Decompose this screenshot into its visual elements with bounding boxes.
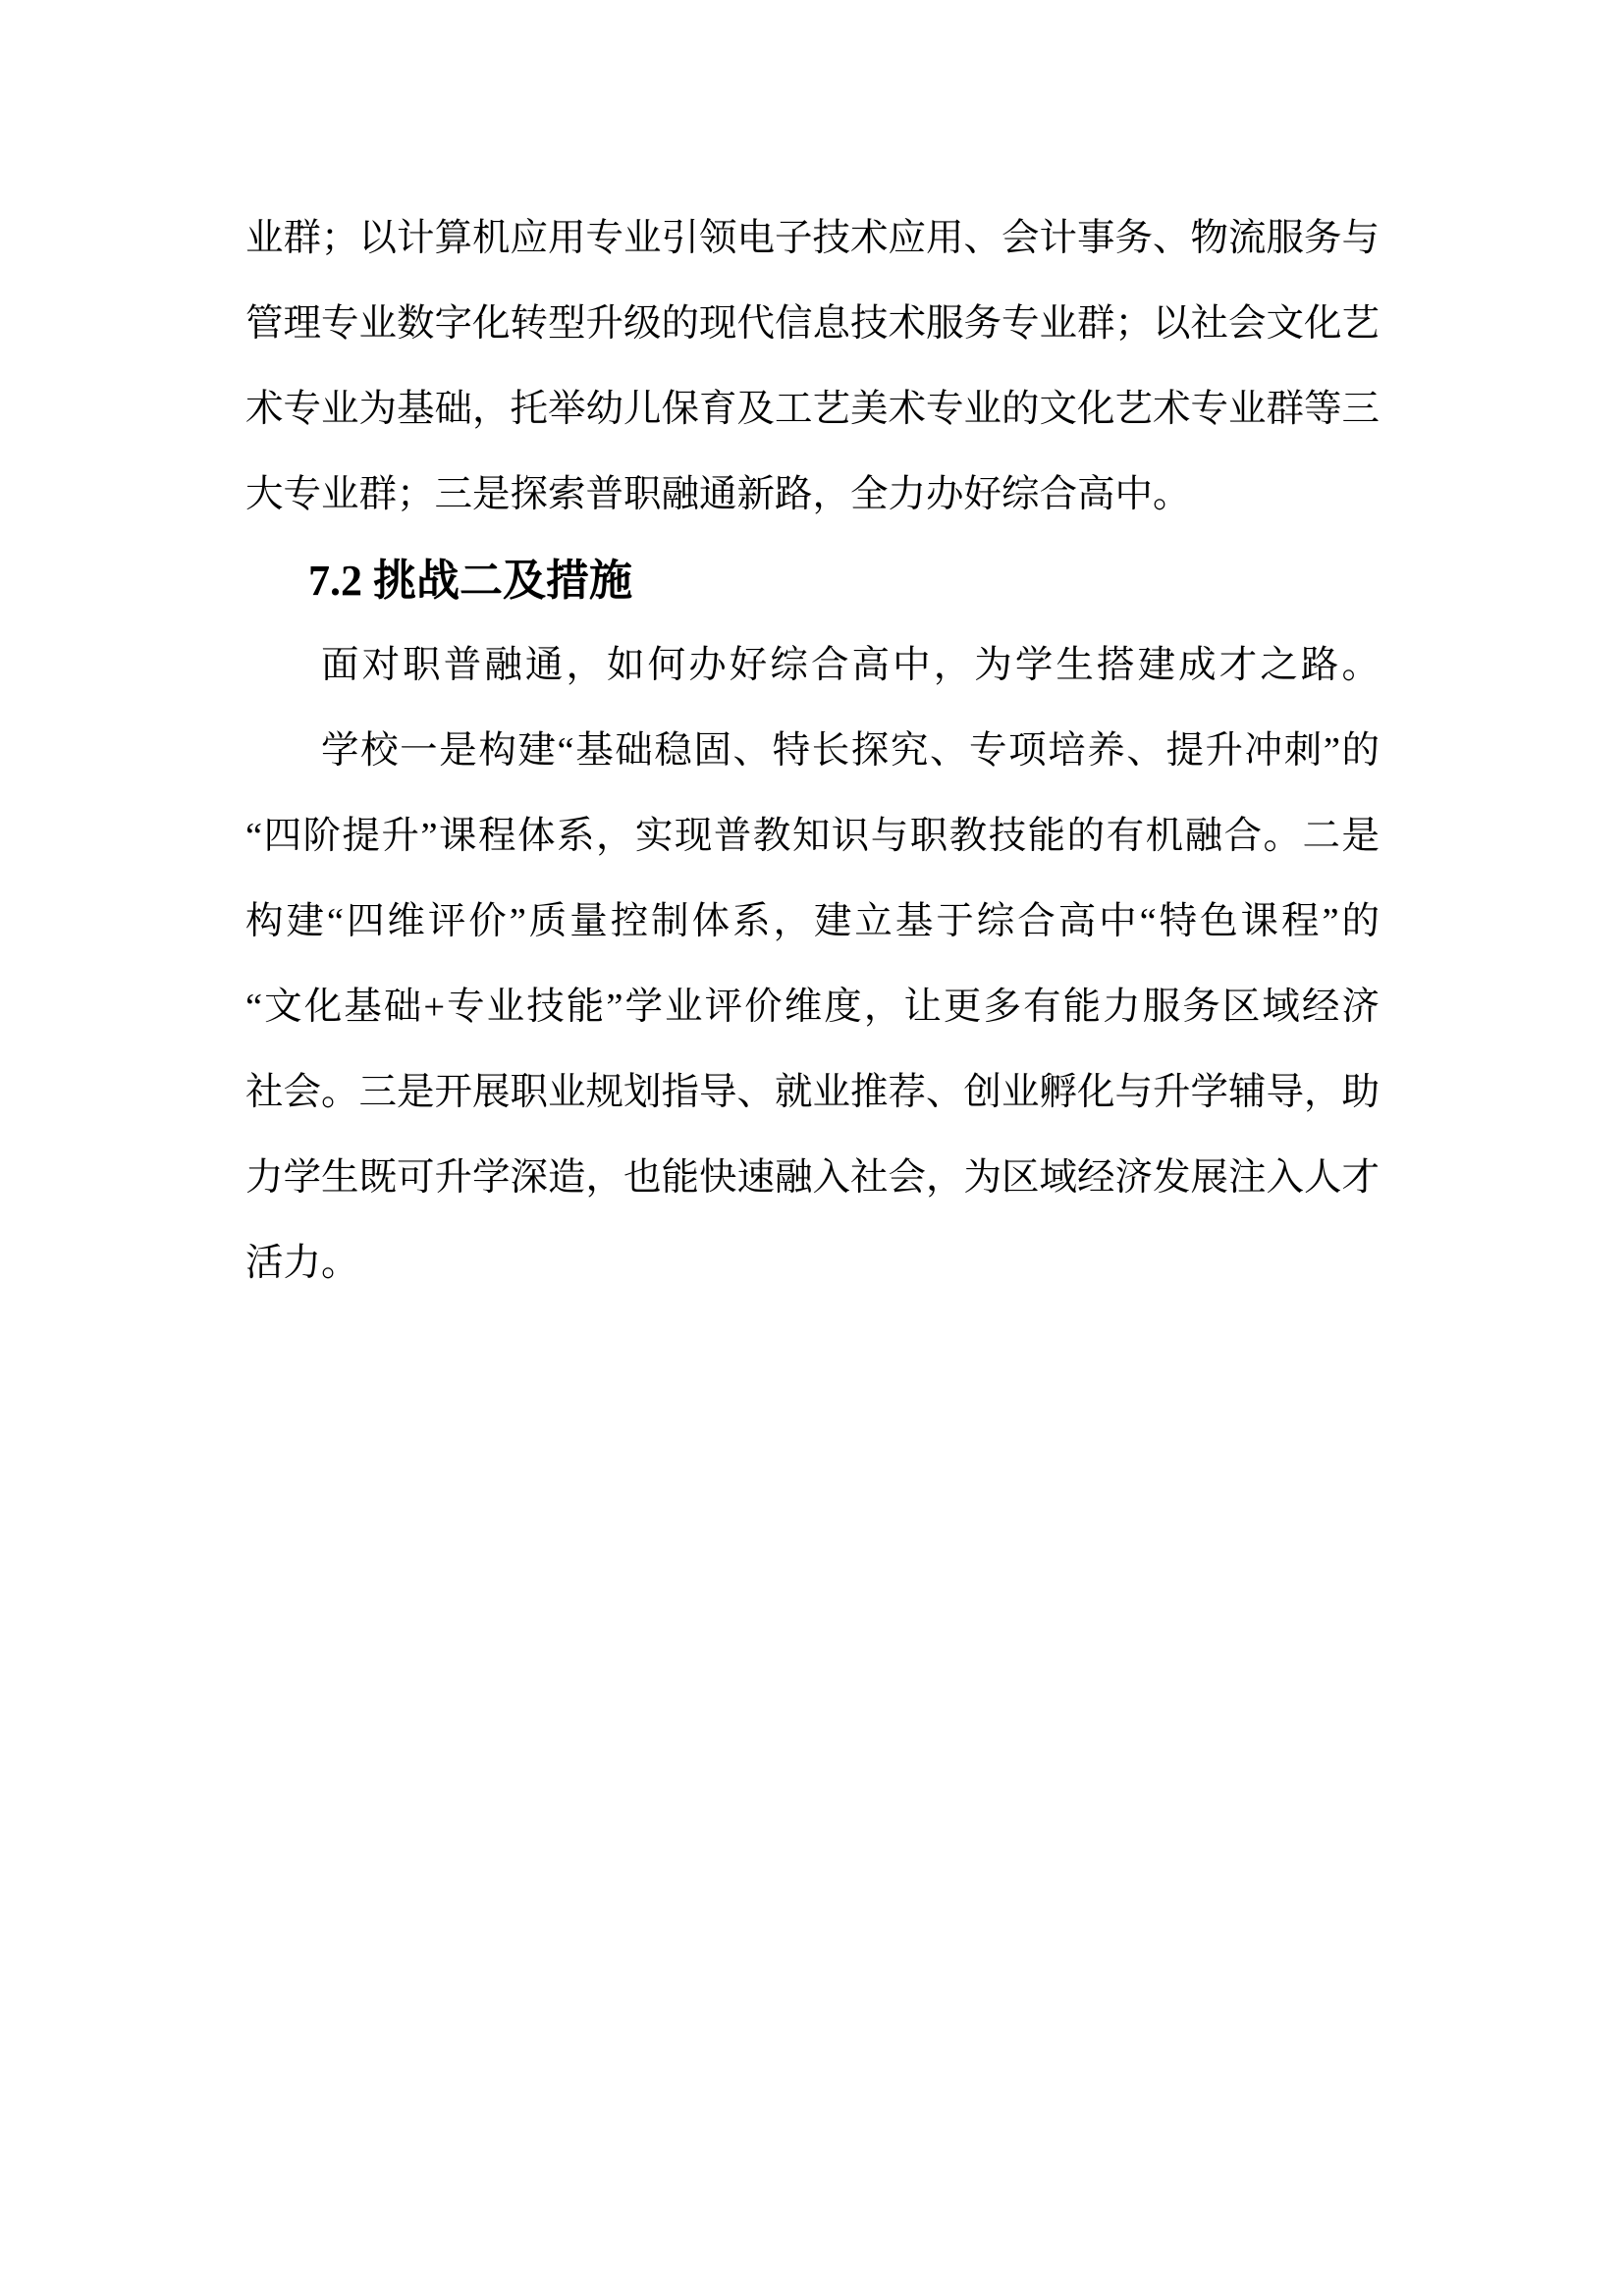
body-line: 面对职普融通，如何办好综合高中，为学生搭建成才之路。 [245,623,1380,709]
body-line: 大专业群；三是探索普职融通新路，全力办好综合高中。 [245,453,1380,538]
body-line: 活力。 [245,1221,1380,1307]
body-line: 业群；以计算机应用专业引领电子技术应用、会计事务、物流服务与 [245,196,1380,282]
body-line: “文化基础+专业技能”学业评价维度，让更多有能力服务区域经济 [245,965,1380,1050]
body-line: 社会。三是开展职业规划指导、就业推荐、创业孵化与升学辅导，助 [245,1050,1380,1136]
body-line: 学校一是构建“基础稳固、特长探究、专项培养、提升冲刺”的 [245,709,1380,794]
section-heading: 7.2 挑战二及措施 [245,538,1380,623]
body-line: 构建“四维评价”质量控制体系，建立基于综合高中“特色课程”的 [245,880,1380,965]
document-page: 业群；以计算机应用专业引领电子技术应用、会计事务、物流服务与 管理专业数字化转型… [0,0,1624,2296]
body-line: 管理专业数字化转型升级的现代信息技术服务专业群；以社会文化艺 [245,282,1380,367]
body-line: “四阶提升”课程体系，实现普教知识与职教技能的有机融合。二是 [245,794,1380,880]
body-line: 术专业为基础，托举幼儿保育及工艺美术专业的文化艺术专业群等三 [245,367,1380,453]
body-line: 力学生既可升学深造，也能快速融入社会，为区域经济发展注入人才 [245,1136,1380,1221]
text-block: 业群；以计算机应用专业引领电子技术应用、会计事务、物流服务与 管理专业数字化转型… [245,196,1380,1307]
